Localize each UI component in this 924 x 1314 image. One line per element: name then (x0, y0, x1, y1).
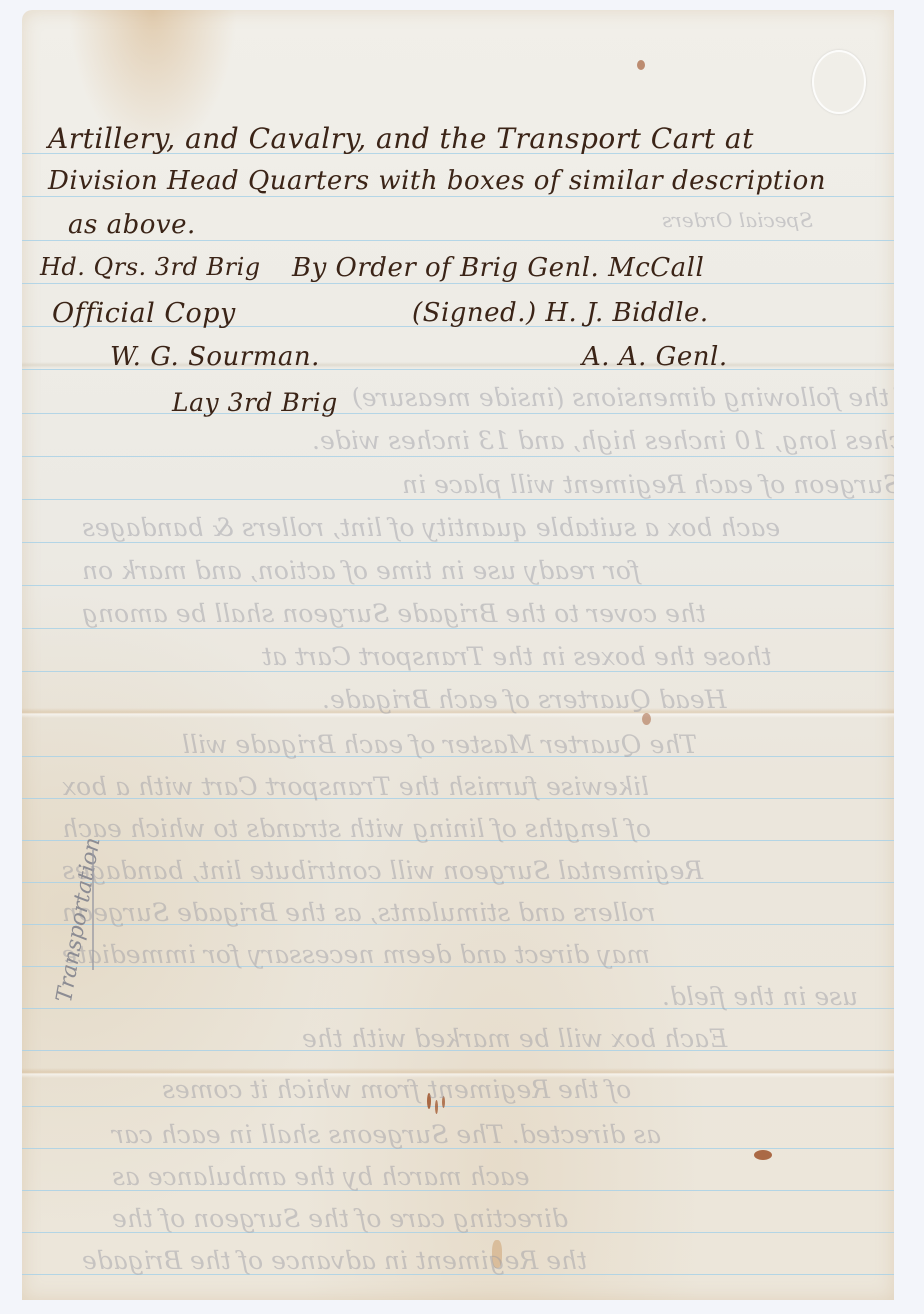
ruled-line (22, 671, 894, 672)
bleed-through-line: The Quarter Master of each Brigade will (182, 730, 697, 759)
stain-spot (754, 1150, 772, 1160)
adjutant-title: A. A. Genl. (582, 342, 728, 372)
ruled-line (22, 456, 894, 457)
bleed-through-line: of lengths of lining with strands to whi… (62, 814, 651, 843)
copyist-signature: W. G. Sourman. (110, 342, 320, 372)
headquarters-line: Hd. Qrs. 3rd Brig (40, 253, 261, 281)
bleed-through-line: use in the field. (662, 982, 858, 1011)
ruled-line (22, 240, 894, 241)
bleed-through-line: Regimental Surgeon will contribute lint,… (62, 856, 703, 885)
margin-note-rule (92, 850, 94, 970)
ruled-line (22, 1106, 894, 1107)
bleed-through-line: directing care of the Surgeon of the (112, 1204, 568, 1233)
ruled-line (22, 413, 894, 414)
bleed-through-line: Special Orders (662, 208, 813, 232)
bleed-through-line: Head Quarters of each Brigade. (322, 685, 726, 714)
bleed-through-line: for ready use in time of action, and mar… (82, 556, 640, 585)
ruled-line (22, 628, 894, 629)
ruled-line (22, 585, 894, 586)
bleed-through-line: the cover to the Brigade Surgeon shall b… (82, 599, 706, 628)
stain-spot (642, 713, 651, 725)
bleed-through-line: The Surgeon of each Regiment will place … (402, 470, 894, 499)
bleed-through-line: as directed. The Surgeons shall in each … (112, 1120, 661, 1149)
bleed-through-line: Will a box of the following dimensions (… (352, 383, 894, 412)
ruled-line (22, 542, 894, 543)
body-text-line: as above. (68, 210, 196, 240)
bleed-through-line: Each box will be marked with the (302, 1024, 727, 1053)
ruled-line (22, 499, 894, 500)
official-copy-label: Official Copy (52, 298, 236, 329)
bleed-through-line: the Regiment in advance of the Brigade (82, 1246, 587, 1275)
bleed-through-line: each box a suitable quantity of lint, ro… (82, 513, 780, 542)
ruled-line (22, 196, 894, 197)
signed-line: (Signed.) H. J. Biddle. (412, 298, 709, 328)
bleed-through-line: likewise furnish the Transport Cart with… (62, 772, 649, 801)
ruled-paper-sheet: Special Orders Will a box of the followi… (22, 10, 894, 1300)
embossed-stamp-mark (812, 50, 866, 114)
bleed-through-line: 23 inches long, 10 inches high, and 13 i… (312, 426, 894, 455)
stain-spot (637, 60, 645, 70)
bleed-through-line: each march by the ambulance as (112, 1162, 530, 1191)
bleed-through-line: those the boxes in the Transport Cart at (262, 642, 772, 671)
brigade-line: Lay 3rd Brig (172, 388, 338, 417)
body-text-line: Artillery, and Cavalry, and the Transpor… (48, 122, 754, 155)
ruled-line (22, 283, 894, 284)
scanned-document: Special Orders Will a box of the followi… (0, 0, 924, 1314)
bleed-through-line: may direct and deem necessary for immedi… (62, 940, 650, 969)
by-order-line: By Order of Brig Genl. McCall (292, 253, 704, 283)
bleed-through-line: of the Regiment from which it comes (162, 1075, 631, 1104)
body-text-line: Division Head Quarters with boxes of sim… (48, 166, 826, 196)
bleed-through-line: rollers and stimulants, as the Brigade S… (62, 898, 656, 927)
